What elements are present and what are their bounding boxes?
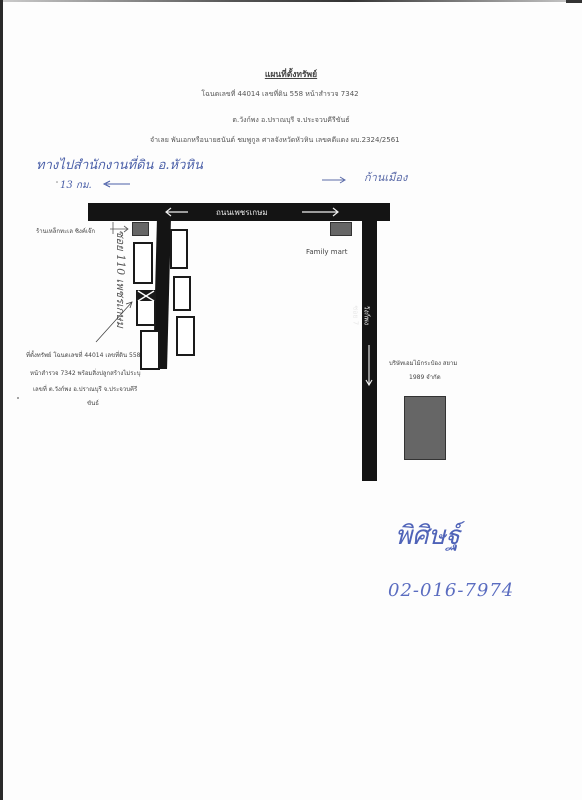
deed-line: โฉนดเลขที่ 44014 เลขที่ดิน 558 หน้าสำรวจ… [0,89,560,100]
family-mart-label: Family mart [306,248,347,256]
handwritten-direction-note: ทางไปสำนักงานที่ดิน อ.หัวหิน [36,154,203,175]
lot-east-2 [173,276,191,311]
scan-edge-right [566,0,582,3]
family-mart-building [330,222,352,236]
handwritten-right-arrow [322,177,345,183]
company-label: บริษัทเอมไม้กระป๋อง สยาม [389,358,457,368]
handwritten-side-road-note: ซอย 110 เพชรเกษม [112,230,130,328]
company-building [404,396,446,460]
document-title: แผนที่ตั้งทรัพย์ [0,67,582,81]
left-shop-label: ร้านเหล็กทะเล ซิงค์เจ๊ก [36,226,95,236]
phone-number: 02-016-7974 [388,580,514,601]
side-road-label: วังก์พง ซอย 7 [350,306,372,339]
location-line: ต.วังก์พง อ.ปราณบุรี จ.ประจวบคีรีขันธ์ [0,115,582,126]
property-note-line4: ขันธ์ [87,398,99,408]
property-note-line3: เลขที่ ต.วังก์พง อ.ปราณบุรี จ.ประจวบคีรี [33,384,137,394]
property-lot-marked [136,290,156,326]
company-year-label: 1989 จำกัด [409,372,441,382]
property-note-line1: ที่ตั้งทรัพย์ โฉนดเลขที่ 44014 เลขที่ดิน… [26,350,140,360]
signature: พิศิษฐ์ [395,515,460,556]
property-note-line2: หน้าสำรวจ 7342 พร้อมสิ่งปลูกสร้างไม่ระบุ [30,368,141,378]
lot-east-3 [176,316,195,356]
lot-east-1 [170,229,188,269]
main-road: ถนนเพชรเกษม [88,203,390,221]
lot-west-3 [140,330,160,370]
scan-edge-top [0,0,582,2]
handwritten-northeast-note: ก้านเมือง [364,168,407,186]
main-road-label: ถนนเพชรเกษม [216,206,268,219]
handwritten-distance-note: 13 กม. [60,178,92,193]
lot-west-1 [133,242,153,284]
debtor-line: จำเลย พันเอกหรือนายธนันต์ ชมพูกูล ศาลจัง… [150,135,400,146]
left-shop-building [132,222,149,236]
handwritten-left-arrow [104,181,130,187]
soi-7-road: วังก์พง ซอย 7 [362,219,377,481]
